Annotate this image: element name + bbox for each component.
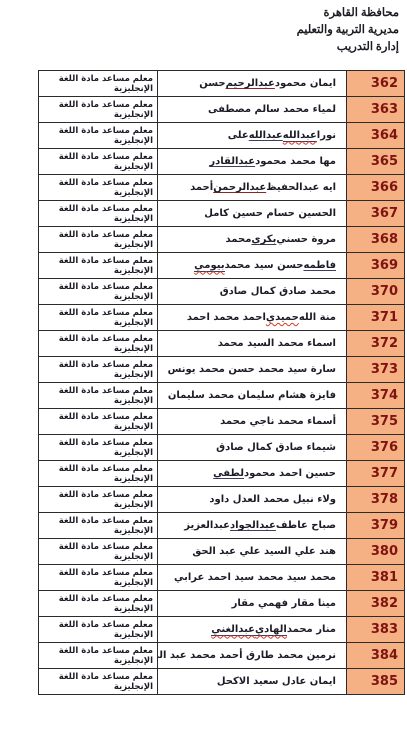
row-number-cell: 371 [346, 305, 404, 330]
job-title-cell: معلم مساعد مادة اللغةالإنجليزية [39, 539, 157, 564]
job-title-line1: معلم مساعد مادة اللغة [43, 334, 153, 344]
table-row: 383منار محمد الهادي عبدالغنيمعلم مساعد م… [39, 617, 404, 643]
job-title-cell: معلم مساعد مادة اللغةالإنجليزية [39, 409, 157, 434]
row-number-cell: 368 [346, 227, 404, 252]
job-title-line1: معلم مساعد مادة اللغة [43, 204, 153, 214]
row-number-cell: 380 [346, 539, 404, 564]
job-title-cell: معلم مساعد مادة اللغةالإنجليزية [39, 383, 157, 408]
row-number-cell: 377 [346, 461, 404, 486]
teacher-name-segment: نورا [317, 130, 336, 141]
teacher-name-cell: نرمين محمد طارق أحمد محمد عبد الصمد [157, 643, 346, 668]
teacher-name-segment-marked: عبدالقادر [209, 156, 255, 167]
teacher-name-cell: هند علي السيد علي عبد الحق [157, 539, 346, 564]
table-row: 366ايه عبدالحفيظ عبدالرحمن أحمدمعلم مساع… [39, 175, 404, 201]
job-title-line2: الإنجليزية [43, 292, 153, 302]
job-title-line1: معلم مساعد مادة اللغة [43, 412, 153, 422]
job-title-cell: معلم مساعد مادة اللغةالإنجليزية [39, 591, 157, 616]
job-title-line2: الإنجليزية [43, 162, 153, 172]
teacher-name-cell: فاطمه حسن سيد محمد بيومي [157, 253, 346, 278]
job-title-line2: الإنجليزية [43, 474, 153, 484]
job-title-line2: الإنجليزية [43, 344, 153, 354]
job-title-cell: معلم مساعد مادة اللغةالإنجليزية [39, 305, 157, 330]
teacher-name-cell: أسماء محمد ناجي محمد [157, 409, 346, 434]
table-row: 379صباح عاطف عبدالجواد عبدالعزيزمعلم مسا… [39, 513, 404, 539]
job-title-line1: معلم مساعد مادة اللغة [43, 620, 153, 630]
job-title-line1: معلم مساعد مادة اللغة [43, 568, 153, 578]
teacher-name-cell: صباح عاطف عبدالجواد عبدالعزيز [157, 513, 346, 538]
job-title-line1: معلم مساعد مادة اللغة [43, 490, 153, 500]
teacher-name-segment-marked: عبدالله [283, 130, 317, 142]
teacher-name-cell: لمياء محمد سالم مصطفى [157, 97, 346, 122]
table-row: 367الحسين حسام حسين كاملمعلم مساعد مادة … [39, 201, 404, 227]
teacher-name-segment: أحمد [190, 182, 213, 193]
teacher-name-segment: منار محمد [287, 624, 336, 635]
job-title-cell: معلم مساعد مادة اللغةالإنجليزية [39, 513, 157, 538]
teacher-name-cell: ايه عبدالحفيظ عبدالرحمن أحمد [157, 175, 346, 200]
teacher-name-segment: شيماء صادق كمال صادق [216, 442, 336, 453]
job-title-line1: معلم مساعد مادة اللغة [43, 516, 153, 526]
job-title-line1: معلم مساعد مادة اللغة [43, 360, 153, 370]
teacher-name-segment: نرمين محمد طارق أحمد محمد عبد الصمد [157, 650, 336, 661]
teacher-name-segment: محمد صادق كمال صادق [220, 286, 336, 297]
job-title-line2: الإنجليزية [43, 630, 153, 640]
job-title-line2: الإنجليزية [43, 604, 153, 614]
row-number-cell: 369 [346, 253, 404, 278]
row-number-cell: 374 [346, 383, 404, 408]
job-title-line2: الإنجليزية [43, 188, 153, 198]
job-title-line1: معلم مساعد مادة اللغة [43, 152, 153, 162]
teacher-name-segment: هند علي السيد علي عبد الحق [192, 546, 336, 557]
teacher-name-segment: حسين احمد محمود [244, 468, 336, 479]
table-row: 372اسماء محمد السيد محمدمعلم مساعد مادة … [39, 331, 404, 357]
teachers-roster-table: 362ايمان محمود عبدالرحيم حسنمعلم مساعد م… [38, 70, 405, 695]
table-row: 368مروة حسني بكري محمدمعلم مساعد مادة ال… [39, 227, 404, 253]
teacher-name-segment-marked: عبدالغني [211, 624, 255, 636]
job-title-line2: الإنجليزية [43, 422, 153, 432]
teacher-name-segment: ايه عبدالحفيظ [266, 182, 336, 193]
row-number-cell: 365 [346, 149, 404, 174]
teacher-name-segment: اسماء محمد السيد محمد [218, 338, 336, 349]
row-number-cell: 363 [346, 97, 404, 122]
job-title-line1: معلم مساعد مادة اللغة [43, 386, 153, 396]
teacher-name-cell: سارة سيد محمد حسن محمد يونس [157, 357, 346, 382]
teacher-name-segment: مروة حسني [276, 234, 336, 245]
teacher-name-segment: احمد محمد احمد [187, 312, 266, 323]
table-row: 363لمياء محمد سالم مصطفىمعلم مساعد مادة … [39, 97, 404, 123]
teacher-name-segment-marked: فاطمه [304, 260, 337, 271]
teacher-name-cell: ولاء نبيل محمد العدل داود [157, 487, 346, 512]
job-title-line1: معلم مساعد مادة اللغة [43, 74, 153, 84]
table-row: 364نورا عبدالله عبدالله علىمعلم مساعد ما… [39, 123, 404, 149]
teacher-name-segment-marked: الهادي [255, 624, 287, 636]
teacher-name-cell: مينا مقار فهمي مقار [157, 591, 346, 616]
job-title-line2: الإنجليزية [43, 448, 153, 458]
teacher-name-segment: مها محمد محمود [255, 156, 336, 167]
job-title-cell: معلم مساعد مادة اللغةالإنجليزية [39, 669, 157, 694]
table-row: 373سارة سيد محمد حسن محمد يونسمعلم مساعد… [39, 357, 404, 383]
row-number-cell: 364 [346, 123, 404, 148]
table-row: 370محمد صادق كمال صادقمعلم مساعد مادة ال… [39, 279, 404, 305]
job-title-cell: معلم مساعد مادة اللغةالإنجليزية [39, 149, 157, 174]
header-administration: إدارة التدريب [297, 39, 399, 56]
job-title-line2: الإنجليزية [43, 656, 153, 666]
job-title-cell: معلم مساعد مادة اللغةالإنجليزية [39, 643, 157, 668]
teacher-name-cell: منار محمد الهادي عبدالغني [157, 617, 346, 642]
teacher-name-segment: الحسين حسام حسين كامل [204, 208, 336, 219]
table-row: 362ايمان محمود عبدالرحيم حسنمعلم مساعد م… [39, 71, 404, 97]
table-row: 374فايزة هشام سليمان محمد سليمانمعلم مسا… [39, 383, 404, 409]
job-title-line1: معلم مساعد مادة اللغة [43, 230, 153, 240]
teacher-name-segment: حسن سيد محمد [225, 260, 304, 271]
teacher-name-segment: ايمان عادل سعيد الاكحل [217, 676, 336, 687]
job-title-line1: معلم مساعد مادة اللغة [43, 178, 153, 188]
teacher-name-segment: فايزة هشام سليمان محمد سليمان [168, 390, 336, 401]
job-title-line2: الإنجليزية [43, 110, 153, 120]
job-title-line1: معلم مساعد مادة اللغة [43, 282, 153, 292]
table-row: 377حسين احمد محمود لطفيمعلم مساعد مادة ا… [39, 461, 404, 487]
job-title-cell: معلم مساعد مادة اللغةالإنجليزية [39, 617, 157, 642]
table-row: 371منة الله حميدي احمد محمد احمدمعلم مسا… [39, 305, 404, 331]
teacher-name-segment-marked: حميدي [266, 312, 299, 323]
job-title-line1: معلم مساعد مادة اللغة [43, 464, 153, 474]
job-title-cell: معلم مساعد مادة اللغةالإنجليزية [39, 253, 157, 278]
teacher-name-segment: محمد [226, 234, 252, 245]
teacher-name-segment: مينا مقار فهمي مقار [232, 598, 336, 609]
teacher-name-segment: ولاء نبيل محمد العدل داود [209, 494, 336, 505]
row-number-cell: 367 [346, 201, 404, 226]
table-row: 384نرمين محمد طارق أحمد محمد عبد الصمدمع… [39, 643, 404, 669]
job-title-cell: معلم مساعد مادة اللغةالإنجليزية [39, 435, 157, 460]
table-row: 376شيماء صادق كمال صادقمعلم مساعد مادة ا… [39, 435, 404, 461]
job-title-line2: الإنجليزية [43, 396, 153, 406]
job-title-line2: الإنجليزية [43, 526, 153, 536]
teacher-name-segment-marked: لطفي [213, 468, 244, 479]
job-title-line2: الإنجليزية [43, 136, 153, 146]
teacher-name-segment: أسماء محمد ناجي محمد [220, 416, 336, 427]
row-number-cell: 366 [346, 175, 404, 200]
teacher-name-segment: صباح عاطف [276, 520, 336, 531]
job-title-cell: معلم مساعد مادة اللغةالإنجليزية [39, 175, 157, 200]
teacher-name-cell: نورا عبدالله عبدالله على [157, 123, 346, 148]
header-directorate: مديرية التربية والتعليم [297, 22, 399, 39]
job-title-line1: معلم مساعد مادة اللغة [43, 126, 153, 136]
teacher-name-cell: ايمان محمود عبدالرحيم حسن [157, 71, 346, 96]
teacher-name-cell: اسماء محمد السيد محمد [157, 331, 346, 356]
teacher-name-cell: حسين احمد محمود لطفي [157, 461, 346, 486]
teacher-name-cell: شيماء صادق كمال صادق [157, 435, 346, 460]
table-row: 365مها محمد محمود عبدالقادرمعلم مساعد ما… [39, 149, 404, 175]
job-title-cell: معلم مساعد مادة اللغةالإنجليزية [39, 123, 157, 148]
job-title-cell: معلم مساعد مادة اللغةالإنجليزية [39, 487, 157, 512]
document-header: محافظة القاهرة مديرية التربية والتعليم إ… [297, 5, 399, 56]
row-number-cell: 378 [346, 487, 404, 512]
job-title-cell: معلم مساعد مادة اللغةالإنجليزية [39, 71, 157, 96]
job-title-line1: معلم مساعد مادة اللغة [43, 594, 153, 604]
teacher-name-segment: سارة سيد محمد حسن محمد يونس [168, 364, 336, 375]
teacher-name-segment: على [228, 130, 249, 141]
job-title-line2: الإنجليزية [43, 266, 153, 276]
job-title-line1: معلم مساعد مادة اللغة [43, 100, 153, 110]
job-title-cell: معلم مساعد مادة اللغةالإنجليزية [39, 279, 157, 304]
teacher-name-cell: الحسين حسام حسين كامل [157, 201, 346, 226]
job-title-cell: معلم مساعد مادة اللغةالإنجليزية [39, 97, 157, 122]
row-number-cell: 383 [346, 617, 404, 642]
job-title-cell: معلم مساعد مادة اللغةالإنجليزية [39, 331, 157, 356]
job-title-cell: معلم مساعد مادة اللغةالإنجليزية [39, 461, 157, 486]
table-row: 381محمد سيد محمد سيد احمد عرابيمعلم مساع… [39, 565, 404, 591]
job-title-line1: معلم مساعد مادة اللغة [43, 672, 153, 682]
job-title-line1: معلم مساعد مادة اللغة [43, 438, 153, 448]
row-number-cell: 385 [346, 669, 404, 694]
teacher-name-segment: حسن [199, 78, 225, 89]
teacher-name-cell: منة الله حميدي احمد محمد احمد [157, 305, 346, 330]
table-row: 378ولاء نبيل محمد العدل داودمعلم مساعد م… [39, 487, 404, 513]
header-governorate: محافظة القاهرة [297, 5, 399, 22]
teacher-name-segment: محمد سيد محمد سيد احمد عرابي [174, 572, 336, 583]
teacher-name-segment: عبدالعزيز [184, 520, 230, 531]
row-number-cell: 379 [346, 513, 404, 538]
row-number-cell: 362 [346, 71, 404, 96]
job-title-line2: الإنجليزية [43, 682, 153, 692]
job-title-line2: الإنجليزية [43, 84, 153, 94]
row-number-cell: 381 [346, 565, 404, 590]
teacher-name-segment-marked: بكري [251, 234, 276, 245]
job-title-line2: الإنجليزية [43, 500, 153, 510]
row-number-cell: 384 [346, 643, 404, 668]
row-number-cell: 373 [346, 357, 404, 382]
job-title-line1: معلم مساعد مادة اللغة [43, 308, 153, 318]
job-title-line2: الإنجليزية [43, 240, 153, 250]
teacher-name-segment: منة الله [299, 312, 336, 323]
job-title-line2: الإنجليزية [43, 318, 153, 328]
job-title-cell: معلم مساعد مادة اللغةالإنجليزية [39, 357, 157, 382]
job-title-cell: معلم مساعد مادة اللغةالإنجليزية [39, 227, 157, 252]
job-title-line2: الإنجليزية [43, 214, 153, 224]
job-title-cell: معلم مساعد مادة اللغةالإنجليزية [39, 201, 157, 226]
teacher-name-segment-marked: عبدالرحمن [213, 182, 266, 193]
table-row: 375أسماء محمد ناجي محمدمعلم مساعد مادة ا… [39, 409, 404, 435]
teacher-name-segment-marked: عبدالله [249, 130, 283, 141]
teacher-name-segment-marked: بيومي [194, 260, 224, 272]
job-title-line1: معلم مساعد مادة اللغة [43, 256, 153, 266]
teacher-name-segment-marked: عبدالرحيم [226, 78, 275, 89]
row-number-cell: 372 [346, 331, 404, 356]
teacher-name-segment-marked: عبدالجواد [230, 520, 276, 531]
table-row: 385ايمان عادل سعيد الاكحلمعلم مساعد مادة… [39, 669, 404, 695]
table-row: 369فاطمه حسن سيد محمد بيوميمعلم مساعد ما… [39, 253, 404, 279]
row-number-cell: 382 [346, 591, 404, 616]
teacher-name-segment: ايمان محمود [275, 78, 336, 89]
teacher-name-cell: مها محمد محمود عبدالقادر [157, 149, 346, 174]
table-row: 382مينا مقار فهمي مقارمعلم مساعد مادة ال… [39, 591, 404, 617]
teacher-name-cell: ايمان عادل سعيد الاكحل [157, 669, 346, 694]
teacher-name-cell: فايزة هشام سليمان محمد سليمان [157, 383, 346, 408]
teacher-name-cell: محمد سيد محمد سيد احمد عرابي [157, 565, 346, 590]
job-title-line2: الإنجليزية [43, 578, 153, 588]
job-title-line1: معلم مساعد مادة اللغة [43, 646, 153, 656]
job-title-cell: معلم مساعد مادة اللغةالإنجليزية [39, 565, 157, 590]
teacher-name-segment: لمياء محمد سالم مصطفى [208, 104, 336, 115]
row-number-cell: 376 [346, 435, 404, 460]
teacher-name-cell: محمد صادق كمال صادق [157, 279, 346, 304]
row-number-cell: 370 [346, 279, 404, 304]
row-number-cell: 375 [346, 409, 404, 434]
job-title-line2: الإنجليزية [43, 370, 153, 380]
table-row: 380هند علي السيد علي عبد الحقمعلم مساعد … [39, 539, 404, 565]
document-page: محافظة القاهرة مديرية التربية والتعليم إ… [0, 0, 407, 729]
teacher-name-cell: مروة حسني بكري محمد [157, 227, 346, 252]
job-title-line2: الإنجليزية [43, 552, 153, 562]
job-title-line1: معلم مساعد مادة اللغة [43, 542, 153, 552]
